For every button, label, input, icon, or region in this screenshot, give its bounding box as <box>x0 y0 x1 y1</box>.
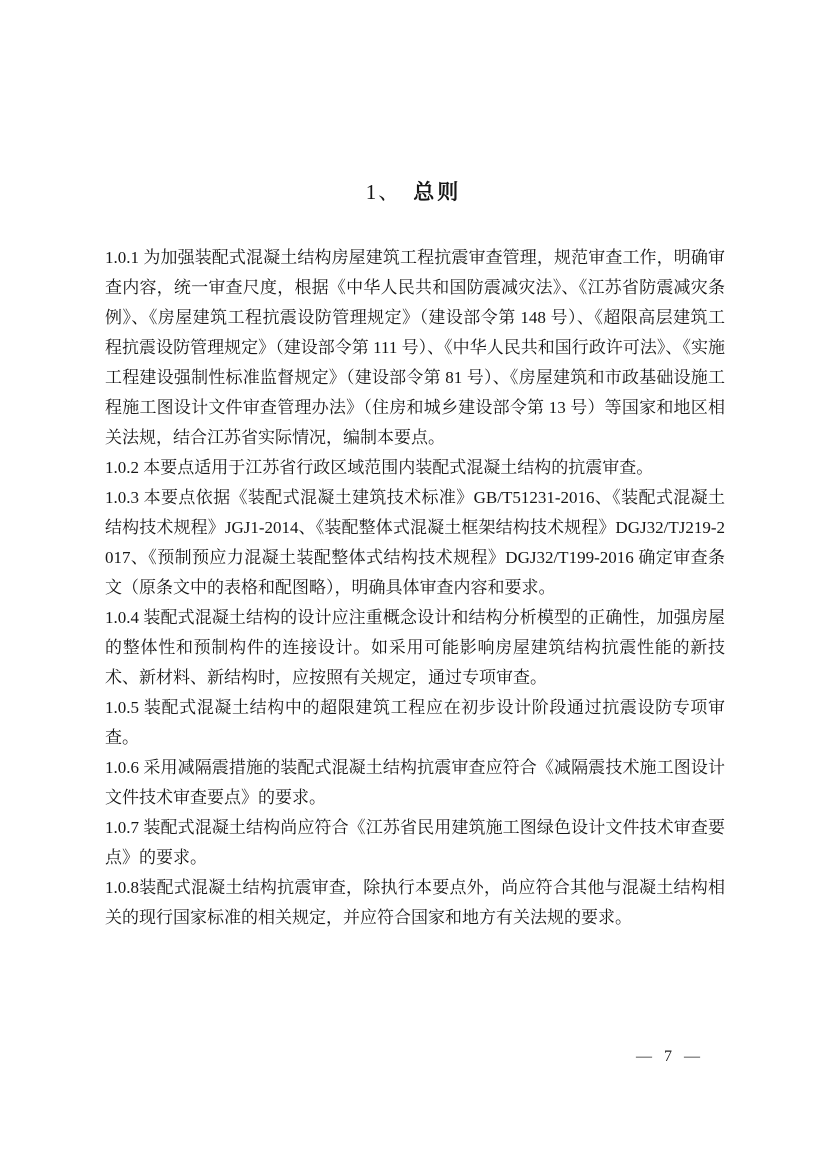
paragraph-1-0-5: 1.0.5 装配式混凝土结构中的超限建筑工程应在初步设计阶段通过抗震设防专项审查… <box>105 693 725 753</box>
paragraph-1-0-8: 1.0.8装配式混凝土结构抗震审查，除执行本要点外，尚应符合其他与混凝土结构相关… <box>105 873 725 933</box>
page-number: — 7 — <box>560 1048 780 1066</box>
paragraph-1-0-4: 1.0.4 装配式混凝土结构的设计应注重概念设计和结构分析模型的正确性，加强房屋… <box>105 603 725 693</box>
paragraph-1-0-6: 1.0.6 采用减隔震措施的装配式混凝土结构抗震审查应符合《减隔震技术施工图设计… <box>105 753 725 813</box>
paragraph-1-0-3: 1.0.3 本要点依据《装配式混凝土建筑技术标准》GB/T51231-2016、… <box>105 483 725 603</box>
paragraph-1-0-7: 1.0.7 装配式混凝土结构尚应符合《江苏省民用建筑施工图绿色设计文件技术审查要… <box>105 813 725 873</box>
document-page: 1、总则 1.0.1 为加强装配式混凝土结构房屋建筑工程抗震审查管理，规范审查工… <box>0 0 827 1169</box>
section-number: 1、 <box>366 180 402 204</box>
section-title-text: 总则 <box>413 180 461 204</box>
document-body: 1.0.1 为加强装配式混凝土结构房屋建筑工程抗震审查管理，规范审查工作，明确审… <box>105 243 725 933</box>
paragraph-1-0-2: 1.0.2 本要点适用于江苏省行政区域范围内装配式混凝土结构的抗震审查。 <box>105 453 725 483</box>
paragraph-1-0-1: 1.0.1 为加强装配式混凝土结构房屋建筑工程抗震审查管理，规范审查工作，明确审… <box>105 243 725 453</box>
page-title: 1、总则 <box>0 178 827 206</box>
